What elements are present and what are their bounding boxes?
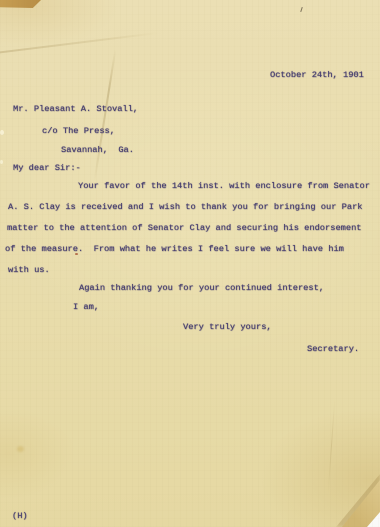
paper-crease (0, 32, 158, 54)
typist-initials: (H) (12, 511, 28, 522)
paper-crease (94, 49, 116, 182)
paper-nick (0, 130, 4, 135)
closing-line: Again thanking you for your continued in… (79, 283, 324, 294)
body-line: Your favor of the 14th inst. with enclos… (78, 181, 370, 192)
scanned-letter-page: October 24th, 1901 Mr. Pleasant A. Stova… (0, 0, 380, 527)
paper-crease (328, 398, 336, 493)
pencil-mark (300, 7, 303, 12)
valediction: Very truly yours, (183, 322, 272, 333)
body-line: of the measure. From what he writes I fe… (5, 244, 344, 255)
paper-stain (17, 446, 24, 452)
tape-fragment (0, 0, 41, 8)
recipient-city: Savannah, Ga. (61, 145, 134, 156)
date-line: October 24th, 1901 (270, 70, 364, 81)
body-line: A. S. Clay is received and I wish to tha… (8, 202, 363, 213)
body-line: matter to the attention of Senator Clay … (7, 223, 362, 234)
recipient-name: Mr. Pleasant A. Stovall, (13, 104, 138, 115)
closing-line: I am, (73, 302, 99, 313)
paper-nick (0, 160, 3, 164)
salutation: My dear Sir:- (13, 163, 81, 174)
signature-secretary: Secretary. (307, 344, 359, 355)
recipient-care-of: c/o The Press, (42, 126, 115, 137)
body-line: with us. (8, 265, 50, 276)
